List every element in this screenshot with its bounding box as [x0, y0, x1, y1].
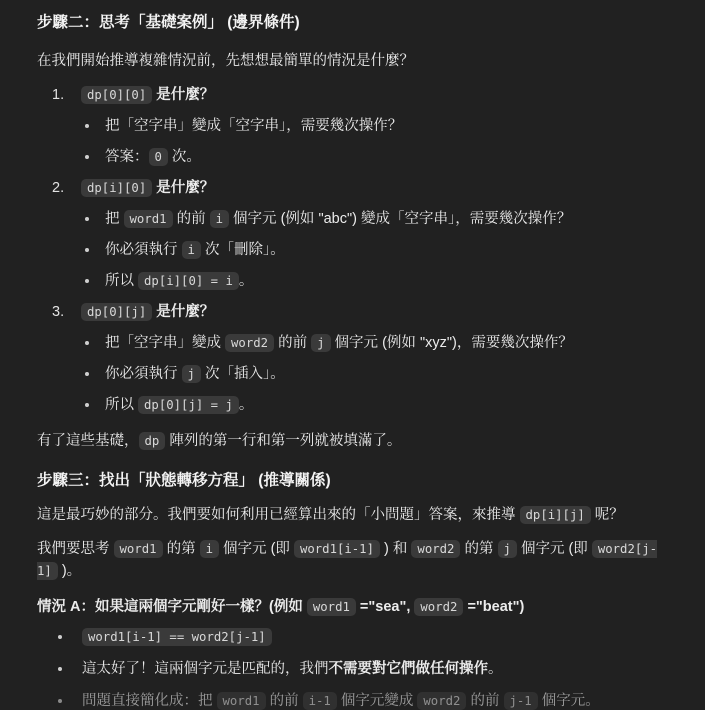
text-run: 這太好了！這兩個字元是匹配的，我們	[82, 661, 329, 677]
text-run: 。	[239, 273, 254, 289]
inline-code: word1	[307, 598, 356, 616]
text-run: 情況 A：如果這兩個字元剛好一樣？(例如	[37, 599, 307, 615]
text-run: 個字元變成	[337, 693, 418, 709]
inline-code: dp[i][j]	[520, 506, 591, 524]
assistant-message: 步驟二：思考「基礎案例」 (邊界條件) 在我們開始推導複雜情況前，先想想最簡單的…	[0, 0, 705, 710]
text-run: 的第	[163, 541, 200, 557]
text-run: 所以	[105, 397, 138, 413]
text-run: 答案：	[105, 149, 149, 165]
bullet-item: 你必須執行 j 次「插入」。	[81, 363, 668, 385]
bullet-item-no-operation: 這太好了！這兩個字元是匹配的，我們不需要對它們做任何操作。	[37, 658, 668, 680]
text-run: 的前	[466, 693, 503, 709]
inline-code: dp[0][j] = j	[138, 396, 239, 414]
text-run: 所以	[105, 273, 138, 289]
text-run: 呢？	[591, 507, 624, 523]
inline-code: dp[i][0] = i	[138, 272, 239, 290]
text-run: 個字元 (例如 "abc") 變成「空字串」，需要幾次操作？	[229, 211, 571, 227]
inline-code: word1	[114, 540, 163, 558]
text-run: 在我們開始推導複雜情況前，先想想最簡單的情況是什麼？	[37, 53, 414, 69]
inline-code: dp[0][0]	[81, 86, 152, 104]
paragraph-simplest-cases: 在我們開始推導複雜情況前，先想想最簡單的情況是什麼？	[37, 50, 668, 72]
inline-code: word1	[217, 692, 266, 710]
text-run: 個字元。	[538, 693, 600, 709]
inline-code: word2	[414, 598, 463, 616]
text-run: 問題直接簡化成：把	[82, 693, 217, 709]
text-run: 你必須執行	[105, 242, 182, 258]
text-run: 。	[239, 397, 254, 413]
list-item-title: dp[i][0] 是什麼？	[81, 177, 668, 199]
bullet-item: 所以 dp[i][0] = i。	[81, 270, 668, 292]
sub-bullet-list: 把 word1 的前 i 個字元 (例如 "abc") 變成「空字串」，需要幾次…	[81, 208, 668, 292]
text-run: 次「插入」。	[201, 366, 285, 382]
inline-code: dp[i][0]	[81, 179, 152, 197]
inline-code: word2	[411, 540, 460, 558]
inline-code: word2	[417, 692, 466, 710]
inline-code: dp	[139, 432, 166, 450]
list-item-title: dp[0][j] 是什麼？	[81, 301, 668, 323]
inline-code: i	[210, 210, 229, 228]
text-run: 這是最巧妙的部分。我們要如何利用已經算出來的「小問題」答案，來推導	[37, 507, 520, 523]
text-run: 。	[488, 661, 503, 677]
text-run: ="beat")	[463, 599, 524, 615]
text-run: 的前	[266, 693, 303, 709]
inline-code: word1	[124, 210, 173, 228]
inline-code: j	[182, 365, 201, 383]
base-cases-list: dp[0][0] 是什麼？ 把「空字串」變成「空字串」，需要幾次操作？ 答案：0…	[37, 84, 668, 416]
text-run: 的前	[274, 335, 311, 351]
inline-code: j	[311, 334, 330, 352]
bullet-item: 所以 dp[0][j] = j。	[81, 394, 668, 416]
text-run: 把「空字串」變成「空字串」，需要幾次操作？	[105, 118, 402, 134]
inline-code: word1[i-1] == word2[j-1]	[82, 628, 272, 646]
inline-code: word1[i-1]	[294, 540, 380, 558]
text-run: 有了這些基礎，	[37, 433, 139, 449]
text-run: 個字元 (即	[517, 541, 592, 557]
heading-step-3: 步驟三：找出「狀態轉移方程」 (推導關係)	[37, 470, 668, 492]
text-run: 個字元 (即	[219, 541, 294, 557]
text-run: 我們要思考	[37, 541, 114, 557]
text-run: )。	[58, 563, 81, 579]
text-run: 個字元 (例如 "xyz")，需要幾次操作？	[331, 335, 573, 351]
case-a-heading: 情況 A：如果這兩個字元剛好一樣？(例如 word1 ="sea", word2…	[37, 596, 668, 618]
inline-code: j-1	[504, 692, 538, 710]
case-a-bullet-list: word1[i-1] == word2[j-1] 這太好了！這兩個字元是匹配的，…	[37, 626, 668, 710]
bullet-item: 把 word1 的前 i 個字元 (例如 "abc") 變成「空字串」，需要幾次…	[81, 208, 668, 230]
sub-bullet-list: 把「空字串」變成「空字串」，需要幾次操作？ 答案：0 次。	[81, 115, 668, 168]
text-run: 是什麼？	[152, 304, 214, 320]
text-run: 你必須執行	[105, 366, 182, 382]
bullet-item-simplified: 問題直接簡化成：把 word1 的前 i-1 個字元變成 word2 的前 j-…	[37, 690, 668, 710]
paragraph-consider-chars: 我們要思考 word1 的第 i 個字元 (即 word1[i-1] ) 和 w…	[37, 538, 668, 582]
text-run: 把	[105, 211, 124, 227]
inline-code: j	[498, 540, 517, 558]
bullet-item: 答案：0 次。	[81, 146, 668, 168]
text-run: 不需要對它們做任何操作	[329, 661, 489, 677]
text-run: ) 和	[380, 541, 411, 557]
list-item-dpi0: dp[i][0] 是什麼？ 把 word1 的前 i 個字元 (例如 "abc"…	[37, 177, 668, 292]
text-run: 是什麼？	[152, 87, 214, 103]
bullet-item: 把「空字串」變成 word2 的前 j 個字元 (例如 "xyz")，需要幾次操…	[81, 332, 668, 354]
inline-code: i	[200, 540, 219, 558]
heading-step-2: 步驟二：思考「基礎案例」 (邊界條件)	[37, 12, 668, 34]
text-run: 次「刪除」。	[201, 242, 285, 258]
text-run: ="sea",	[356, 599, 415, 615]
text-run: 的第	[460, 541, 497, 557]
inline-code: 0	[149, 148, 168, 166]
bullet-item-code-condition: word1[i-1] == word2[j-1]	[37, 626, 668, 648]
text-run: 次。	[168, 149, 201, 165]
paragraph-first-row-col-filled: 有了這些基礎，dp 陣列的第一行和第一列就被填滿了。	[37, 430, 668, 452]
inline-code: word2	[225, 334, 274, 352]
inline-code: i	[182, 241, 201, 259]
inline-code: dp[0][j]	[81, 303, 152, 321]
list-item-dp00: dp[0][0] 是什麼？ 把「空字串」變成「空字串」，需要幾次操作？ 答案：0…	[37, 84, 668, 168]
bullet-item: 把「空字串」變成「空字串」，需要幾次操作？	[81, 115, 668, 137]
text-run: 的前	[173, 211, 210, 227]
text-run: 是什麼？	[152, 180, 214, 196]
paragraph-cleverest-part: 這是最巧妙的部分。我們要如何利用已經算出來的「小問題」答案，來推導 dp[i][…	[37, 504, 668, 526]
sub-bullet-list: 把「空字串」變成 word2 的前 j 個字元 (例如 "xyz")，需要幾次操…	[81, 332, 668, 416]
bullet-item: 你必須執行 i 次「刪除」。	[81, 239, 668, 261]
text-run: 陣列的第一行和第一列就被填滿了。	[165, 433, 401, 449]
text-run: 把「空字串」變成	[105, 335, 225, 351]
list-item-dp0j: dp[0][j] 是什麼？ 把「空字串」變成 word2 的前 j 個字元 (例…	[37, 301, 668, 416]
inline-code: i-1	[303, 692, 337, 710]
list-item-title: dp[0][0] 是什麼？	[81, 84, 668, 106]
